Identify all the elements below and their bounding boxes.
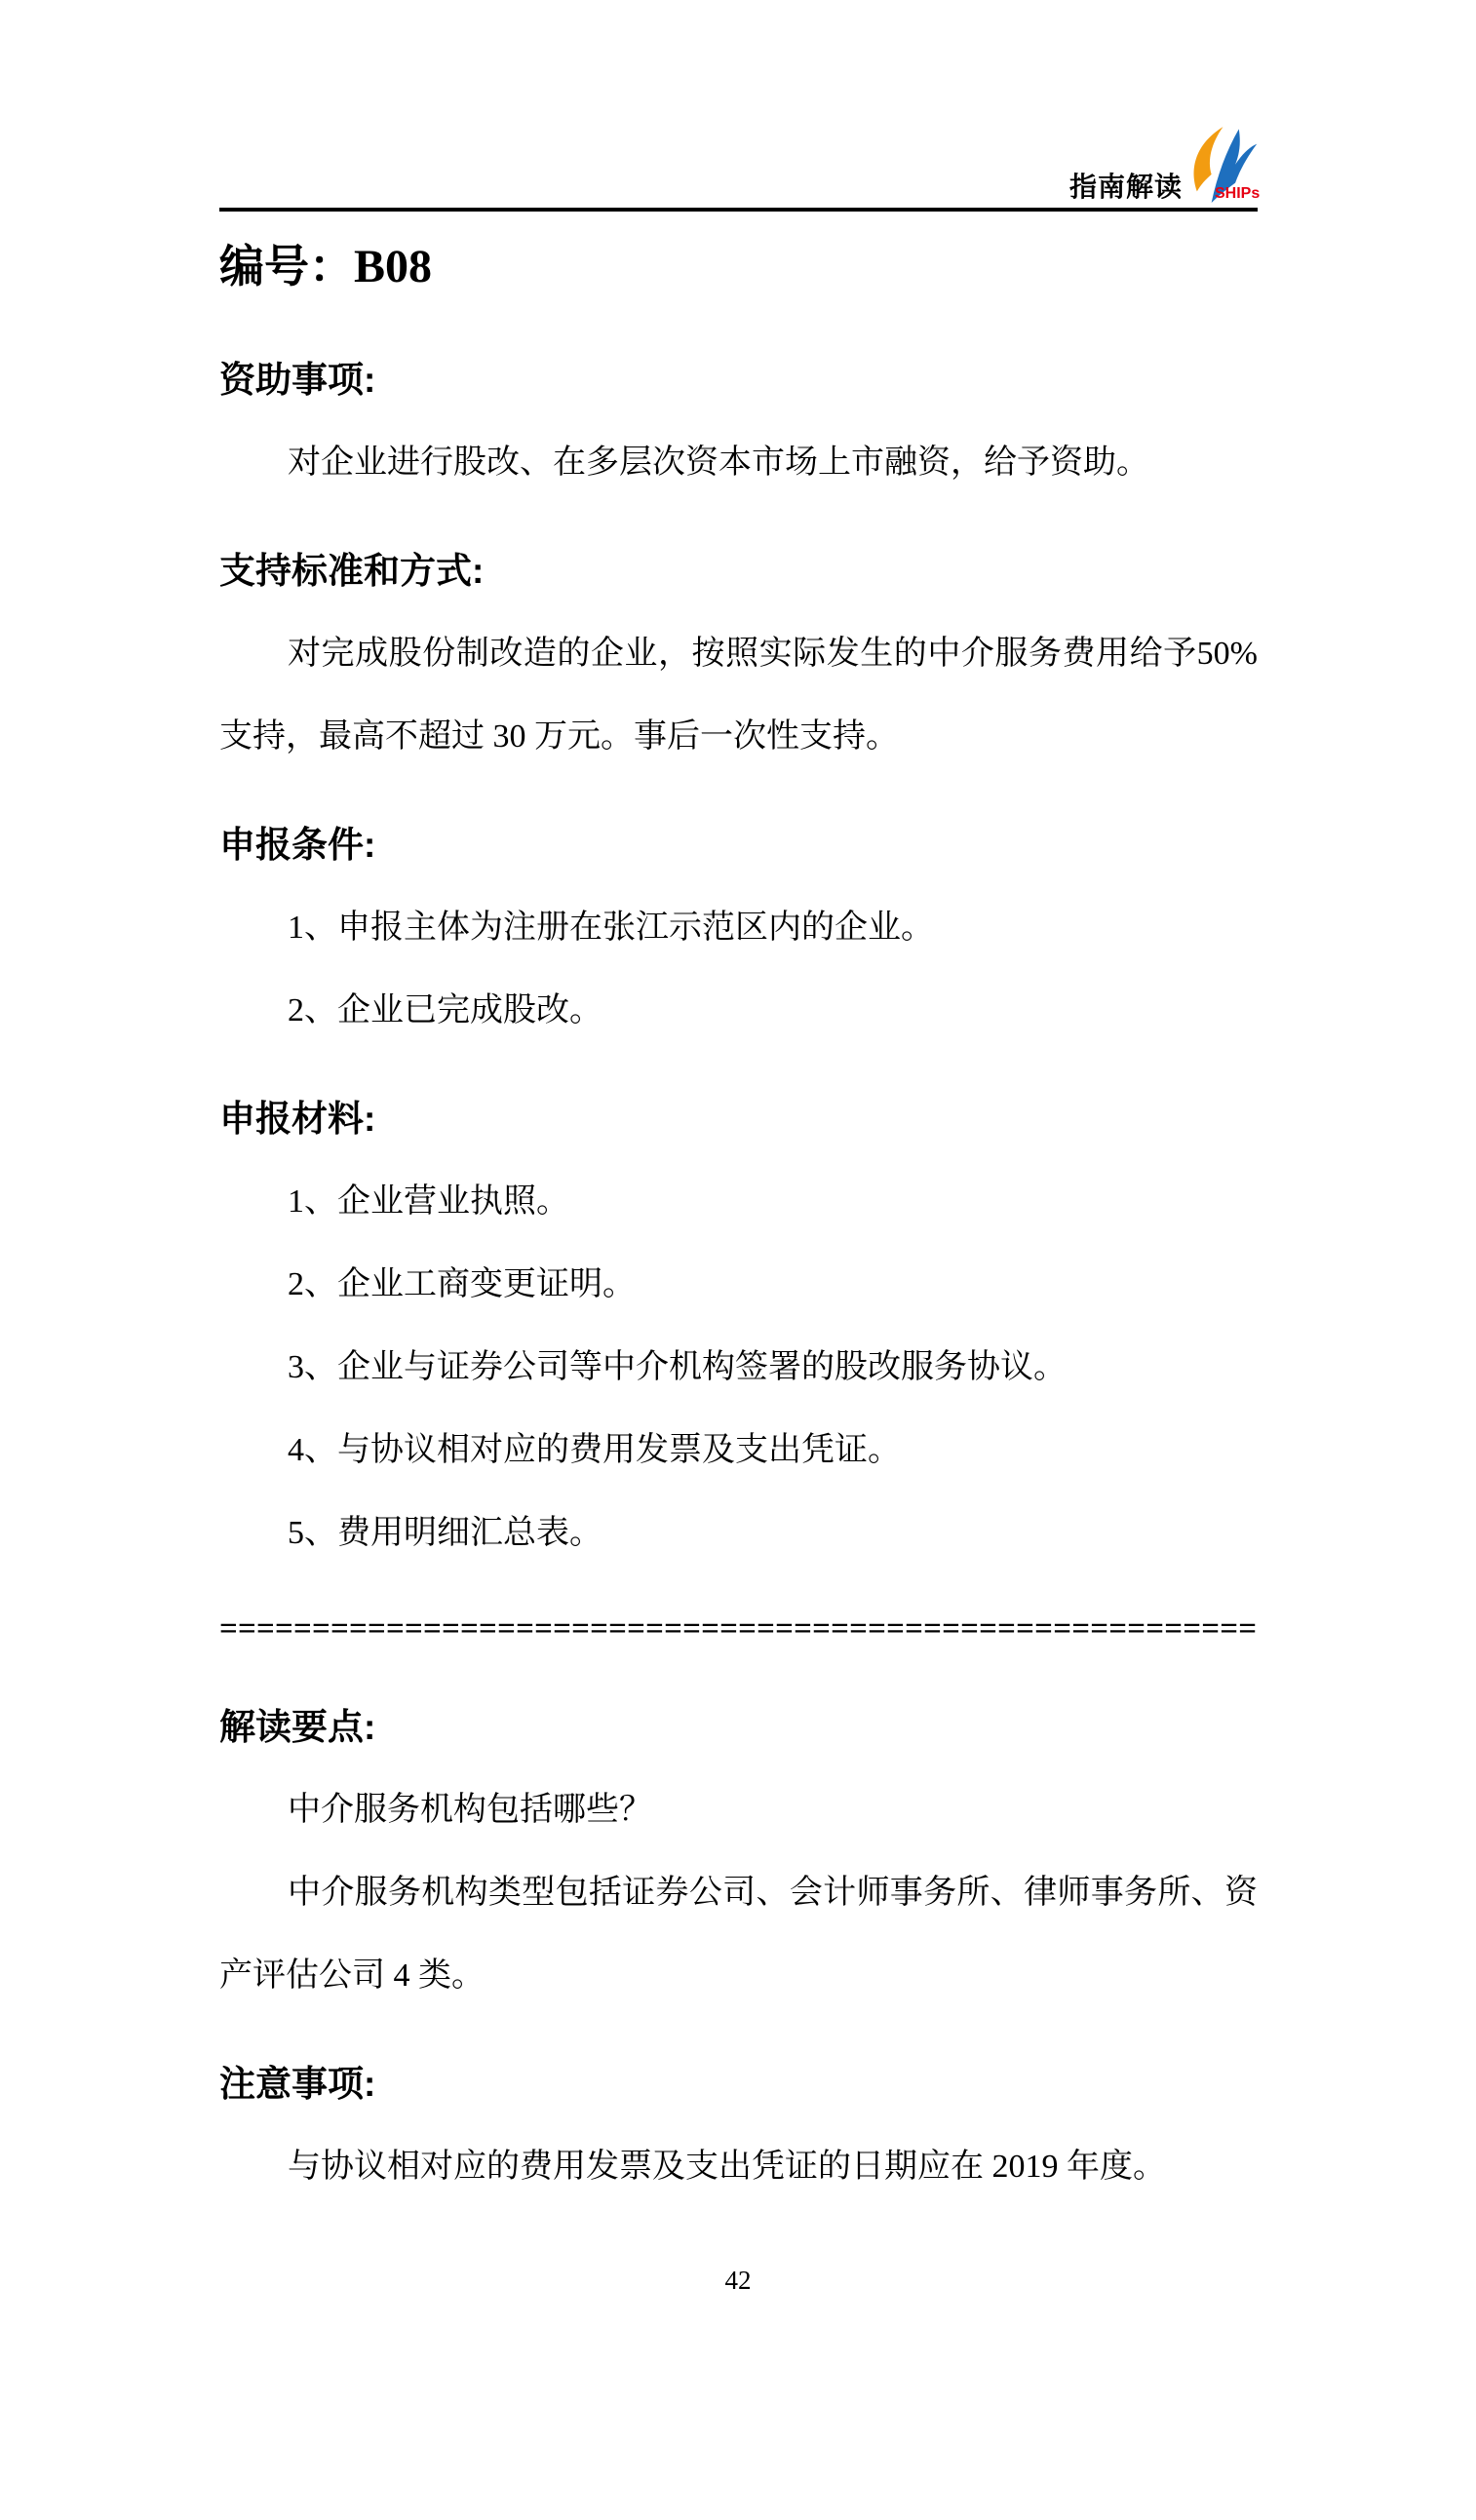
list-item: 2、企业工商变更证明。 — [219, 1243, 1258, 1326]
list-item: 4、与协议相对应的费用发票及支出凭证。 — [219, 1409, 1258, 1492]
brand: 指南解读 SHIPs — [1069, 125, 1258, 203]
section-heading: 申报材料: — [219, 1077, 1258, 1160]
list-item: 3、企业与证券公司等中介机构签署的股改服务协议。 — [219, 1326, 1258, 1409]
section-application-conditions: 申报条件: 1、申报主体为注册在张江示范区内的企业。 2、企业已完成股改。 — [219, 803, 1258, 1052]
section-support-standard: 支持标准和方式: 对完成股份制改造的企业，按照实际发生的中介服务费用给予50%支… — [219, 529, 1258, 778]
section-interpretation-points: 解读要点: 中介服务机构包括哪些？ 中介服务机构类型包括证券公司、会计师事务所、… — [219, 1686, 1258, 2017]
brand-subtitle: SHIPs — [1215, 186, 1260, 202]
page-number: 42 — [725, 2266, 752, 2295]
doc-number: 编号：B08 — [219, 225, 1258, 313]
section-heading: 支持标准和方式: — [219, 529, 1258, 612]
section-heading: 资助事项: — [219, 338, 1258, 421]
list-item: 1、企业营业执照。 — [219, 1160, 1258, 1243]
section-notes: 注意事项: 与协议相对应的费用发票及支出凭证的日期应在 2019 年度。 — [219, 2042, 1258, 2208]
section-heading: 申报条件: — [219, 803, 1258, 886]
doc-number-label: 编号： — [219, 241, 354, 291]
ships-logo: SHIPs — [1185, 125, 1258, 203]
document-page: 指南解读 SHIPs 编号：B08 资助事项: 对企业进行股改、在多层次资本市场… — [0, 0, 1476, 2520]
paragraph: 与协议相对应的费用发票及支出凭证的日期应在 2019 年度。 — [219, 2125, 1258, 2208]
list-item: 2、企业已完成股改。 — [219, 969, 1258, 1052]
paragraph: 中介服务机构包括哪些？ — [219, 1768, 1258, 1851]
doc-number-code: B08 — [354, 241, 432, 292]
section-heading: 注意事项: — [219, 2042, 1258, 2125]
document-body: 编号：B08 资助事项: 对企业进行股改、在多层次资本市场上市融资，给予资助。 … — [219, 212, 1258, 2208]
list-item: 1、申报主体为注册在张江示范区内的企业。 — [219, 886, 1258, 969]
section-heading: 解读要点: — [219, 1686, 1258, 1768]
section-funding-item: 资助事项: 对企业进行股改、在多层次资本市场上市融资，给予资助。 — [219, 338, 1258, 504]
paragraph: 对完成股份制改造的企业，按照实际发生的中介服务费用给予50%支持，最高不超过 3… — [219, 612, 1258, 778]
paragraph: 中介服务机构类型包括证券公司、会计师事务所、律师事务所、资产评估公司 4 类。 — [219, 1851, 1258, 2017]
section-application-materials: 申报材料: 1、企业营业执照。 2、企业工商变更证明。 3、企业与证券公司等中介… — [219, 1077, 1258, 1574]
section-divider: ========================================… — [219, 1598, 1258, 1660]
list-item: 5、费用明细汇总表。 — [219, 1492, 1258, 1574]
page-header: 指南解读 SHIPs — [219, 0, 1258, 212]
brand-title: 指南解读 — [1069, 172, 1183, 203]
paragraph: 对企业进行股改、在多层次资本市场上市融资，给予资助。 — [219, 421, 1258, 504]
page-footer: 42 — [0, 2265, 1476, 2296]
